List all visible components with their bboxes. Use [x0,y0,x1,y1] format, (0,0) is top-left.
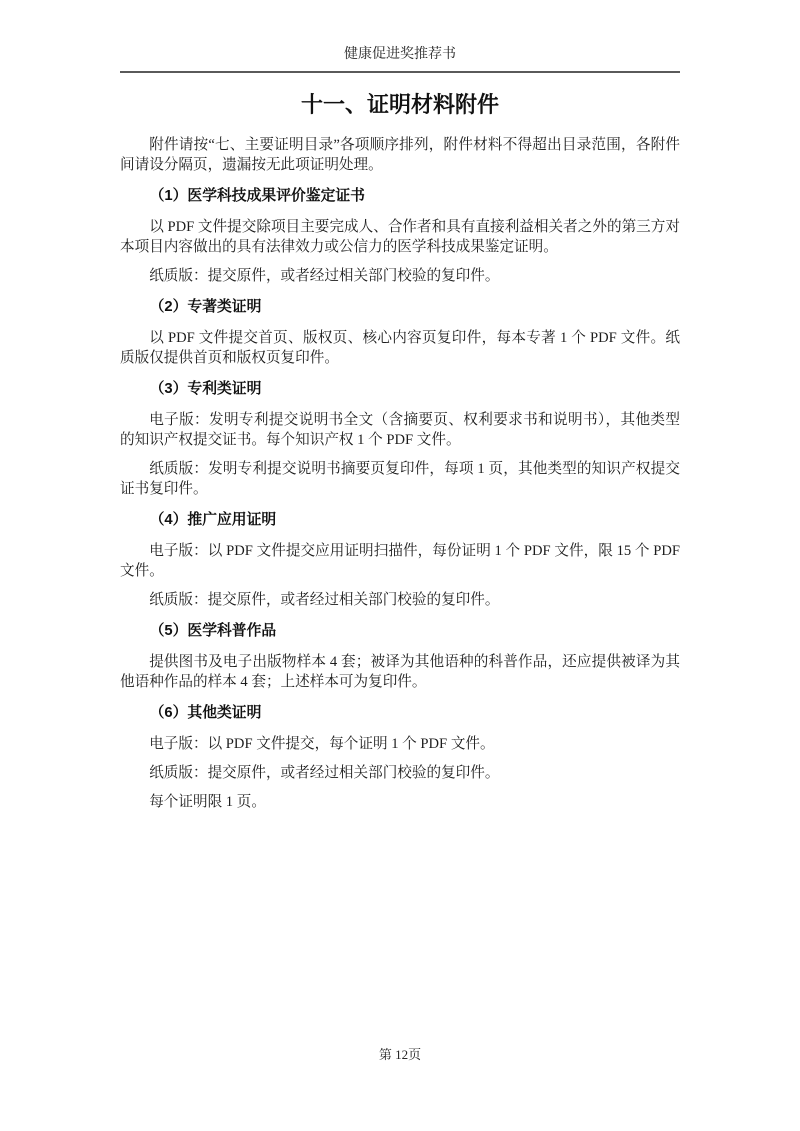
section-paragraph: 提供图书及电子出版物样本 4 套；被译为其他语种的科普作品，还应提供被译为其他语… [120,652,680,692]
section: （4）推广应用证明电子版：以 PDF 文件提交应用证明扫描件，每份证明 1 个 … [120,510,680,610]
section: （6）其他类证明电子版：以 PDF 文件提交，每个证明 1 个 PDF 文件。纸… [120,703,680,812]
section-paragraph: 纸质版：提交原件，或者经过相关部门校验的复印件。 [120,763,680,783]
section: （3）专利类证明电子版：发明专利提交说明书全文（含摘要页、权利要求书和说明书），… [120,379,680,499]
intro-paragraph: 附件请按“七、主要证明目录”各项顺序排列，附件材料不得超出目录范围，各附件间请设… [120,135,680,175]
page-header-title: 健康促进奖推荐书 [344,47,456,62]
page-content: 健康促进奖推荐书 十一、证明材料附件 附件请按“七、主要证明目录”各项顺序排列，… [120,0,680,812]
section: （5）医学科普作品提供图书及电子出版物样本 4 套；被译为其他语种的科普作品，还… [120,621,680,692]
document-page: 健康促进奖推荐书 十一、证明材料附件 附件请按“七、主要证明目录”各项顺序排列，… [0,0,800,1131]
section: （2）专著类证明以 PDF 文件提交首页、版权页、核心内容页复印件，每本专著 1… [120,297,680,368]
doc-title: 十一、证明材料附件 [120,89,680,121]
section-heading: （1）医学科技成果评价鉴定证书 [120,186,680,206]
section-paragraph: 电子版：以 PDF 文件提交应用证明扫描件，每份证明 1 个 PDF 文件，限 … [120,541,680,581]
section-paragraph: 纸质版：提交原件，或者经过相关部门校验的复印件。 [120,266,680,286]
section: （1）医学科技成果评价鉴定证书以 PDF 文件提交除项目主要完成人、合作者和具有… [120,186,680,286]
sections-container: （1）医学科技成果评价鉴定证书以 PDF 文件提交除项目主要完成人、合作者和具有… [120,186,680,812]
section-paragraph: 纸质版：发明专利提交说明书摘要页复印件，每项 1 页，其他类型的知识产权提交证书… [120,459,680,499]
section-paragraph: 每个证明限 1 页。 [120,792,680,812]
section-heading: （5）医学科普作品 [120,621,680,641]
section-heading: （6）其他类证明 [120,703,680,723]
section-paragraph: 以 PDF 文件提交首页、版权页、核心内容页复印件，每本专著 1 个 PDF 文… [120,328,680,368]
page-number: 第 12页 [379,1047,421,1062]
page-header: 健康促进奖推荐书 [120,0,680,73]
section-paragraph: 电子版：发明专利提交说明书全文（含摘要页、权利要求书和说明书），其他类型的知识产… [120,410,680,450]
section-paragraph: 电子版：以 PDF 文件提交，每个证明 1 个 PDF 文件。 [120,734,680,754]
section-paragraph: 以 PDF 文件提交除项目主要完成人、合作者和具有直接利益相关者之外的第三方对本… [120,217,680,257]
section-heading: （3）专利类证明 [120,379,680,399]
page-footer: 第 12页 [0,1044,800,1063]
section-heading: （2）专著类证明 [120,297,680,317]
section-heading: （4）推广应用证明 [120,510,680,530]
section-paragraph: 纸质版：提交原件，或者经过相关部门校验的复印件。 [120,590,680,610]
